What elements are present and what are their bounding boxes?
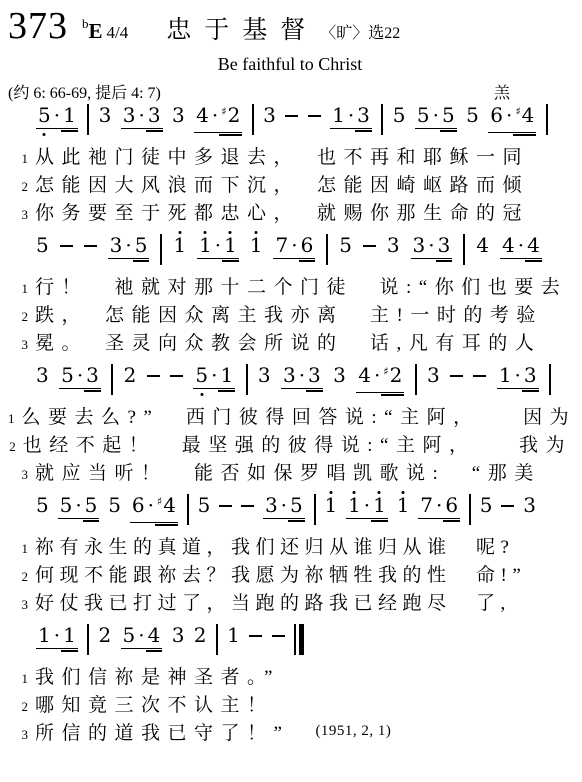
barline [381,104,383,135]
final-barline-thick [299,624,304,655]
duration-dash [241,505,254,507]
music-note: 1 [324,494,337,516]
music-note: 6 [301,234,314,256]
music-note: 6 [445,494,458,516]
verse-number: 2 [8,697,28,717]
music-note: 5 [123,624,136,646]
augmentation-dot: · [212,104,218,126]
verse-number: 3 [8,725,28,745]
duration-dash [219,505,232,507]
duration-dash [170,375,183,377]
augmentation-dot: · [506,104,512,126]
beamed-note-pair: 5·5 [58,494,100,519]
lyric-text: 祢有永生的真道，我们还归从谁归从谁 呢? [35,532,514,559]
lyrics-group: 1从此祂门徒中多退去， 也不再和耶稣一同2怎能因大风浪而下沉， 怎能因崎岖路而倾… [8,141,572,225]
key-signature: bE4/4 [82,16,128,44]
final-barline-thin [294,624,296,655]
music-note: 5 [290,494,303,516]
augmentation-dot: · [291,234,297,256]
scripture-reference: (约 6: 66-69, 提后 4: 7) [8,80,161,103]
augmentation-dot: · [148,494,154,516]
music-note: 5 [36,234,49,256]
verse-number: 3 [8,595,28,615]
augmentation-dot: · [138,624,144,646]
lyric-row: 2怎能因大风浪而下沉， 怎能因崎岖路而倾 [8,169,572,197]
barline [111,364,113,395]
key-letter: E [89,19,103,43]
music-note: ♯4 [515,104,534,130]
verse-number: 1 [8,409,15,429]
duration-dash [285,115,298,117]
music-note: 3 [333,364,346,386]
lyric-row: 2跌， 怎能因众离主我亦离 主!一时的考验 [8,299,572,327]
lyric-text: 就应当听！ 能否如保罗唱凯歌说: “那美 [35,458,541,485]
music-note: 3 [265,494,278,516]
lyric-row: 3就应当听！ 能否如保罗唱凯歌说: “那美 [8,457,572,485]
sharp-icon: ♯ [157,491,162,513]
notation-line: 55·556·♯453·511·117·653 [36,494,536,531]
verse-number: 2 [8,177,28,197]
augmentation-dot: · [374,364,380,386]
barline [415,364,417,395]
beamed-note-pair: 7·6 [273,234,315,259]
music-note: 5 [135,234,148,256]
beamed-note-pair: 3·3 [121,104,163,129]
barline [326,234,328,265]
lyric-text: 哪知竟三次不认主！ [35,690,274,717]
hymn-number: 373 [8,6,68,46]
verse-number: 2 [8,567,28,587]
hymn-subtitle-english: Be faithful to Christ [8,54,572,80]
lyric-row: 2何现不能跟祢去？我愿为祢牺牲我的性 命!” [8,559,572,587]
lyric-text: 何现不能跟祢去？我愿为祢牺牲我的性 命!” [35,560,526,587]
music-note: 3 [523,494,536,516]
barline [463,234,465,265]
augmentation-dot: · [281,494,287,516]
music-note: 3 [258,364,271,386]
music-note: 5 [442,104,455,126]
beamed-note-pair: 5·1 [193,364,235,389]
beamed-note-pair: 3·3 [281,364,323,389]
lyric-row: 1祢有永生的真道，我们还归从谁归从谁 呢? [8,531,572,559]
music-note: 1 [63,624,76,646]
music-note: 1 [332,104,345,126]
lyrics-group: 1么要去么?” 西门彼得回答说:“主阿， 因为2也经不起！ 最坚强的彼得说:“主… [8,401,572,485]
music-note: 5 [36,494,49,516]
augmentation-dot: · [211,364,217,386]
beamed-note-pair: 5·4 [121,624,163,649]
beamed-note-pair: 1·1 [197,234,239,259]
lyric-row: 1从此祂门徒中多退去， 也不再和耶稣一同 [8,141,572,169]
system-1: 5·133·334·♯231·355·556·♯4 1从此祂门徒中多退去， 也不… [8,104,572,225]
augmentation-dot: · [364,494,370,516]
music-note: 1 [499,364,512,386]
music-note: ♯2 [383,364,402,390]
music-note: 5 [466,104,479,126]
augmentation-dot: · [215,234,221,256]
music-note: 3 [427,364,440,386]
barline [216,624,218,655]
beamed-note-pair: 1·1 [346,494,388,519]
augmentation-dot: · [518,234,524,256]
barline [314,494,316,525]
music-note: 5 [61,364,74,386]
beamed-note-pair: 4·4 [500,234,542,259]
lyric-text: 怎能因大风浪而下沉， 怎能因崎岖路而倾 [35,170,529,197]
music-note: 1 [348,494,361,516]
notation-line: 5·133·334·♯231·355·556·♯4 [36,104,548,141]
barline [87,104,89,135]
music-note: 3 [36,364,49,386]
beamed-note-pair: 4·♯2 [356,364,404,393]
music-note: 1 [199,234,212,256]
verse-number: 1 [8,669,28,689]
augmentation-dot: · [436,494,442,516]
lyric-text: 么要去么?” 西门彼得回答说:“主阿， 因为 [22,402,577,429]
music-note: 3 [387,234,400,256]
barline [87,624,89,655]
music-note: 4 [527,234,540,256]
system-3: 35·325·133·334·♯231·3 1么要去么?” 西门彼得回答说:“主… [8,364,572,485]
lyric-text: 从此祂门徒中多退去， 也不再和耶稣一同 [35,142,529,169]
augmentation-dot: · [77,364,83,386]
music-note: 1 [373,494,386,516]
verse-number: 3 [8,335,28,355]
final-barline [294,624,304,655]
music-note: ♯4 [157,494,176,520]
music-note: 5 [339,234,352,256]
duration-dash [84,245,97,247]
lyric-row: 3所信的道我已守了！”(1951, 2, 1) [8,717,572,745]
music-note: 6 [490,104,503,126]
music-note: 5 [417,104,430,126]
verse-number: 1 [8,539,28,559]
beamed-note-pair: 5·1 [36,104,78,129]
augmentation-dot: · [54,624,60,646]
beamed-note-pair: 5·3 [59,364,101,389]
beamed-note-pair: 3·3 [411,234,453,259]
system-5: 1·125·4321 1我们信祢是神圣者。”2哪知竟三次不认主！3所信的道我已守… [8,624,572,745]
music-note: 3 [283,364,296,386]
duration-dash [60,245,73,247]
music-note: 1 [63,104,76,126]
lyric-row: 2哪知竟三次不认主！ [8,689,572,717]
barline [252,104,254,135]
music-note: 1 [173,234,186,256]
duration-dash [308,115,321,117]
lyric-text: 跌， 怎能因众离主我亦离 主!一时的考验 [35,300,543,327]
music-note: 3 [148,104,161,126]
augmentation-dot: · [125,234,131,256]
duration-dash [363,245,376,247]
music-note: ♯2 [221,104,240,130]
duration-dash [501,505,514,507]
music-note: 5 [198,494,211,516]
augmentation-dot: · [54,104,60,126]
augmentation-dot: · [75,494,81,516]
lyric-row: 1么要去么?” 西门彼得回答说:“主阿， 因为 [8,401,572,429]
lyric-text: 冕。 圣灵向众教会所说的 话,凡有耳的人 [35,328,541,355]
hymn-sheet: 373 bE4/4 忠于基督 〈旷〉选22 Be faithful to Chr… [0,0,582,745]
barline [187,494,189,525]
lyric-row: 1行！ 祂就对那十二个门徒 说:“你们也要去 [8,271,572,299]
beamed-note-pair: 1·3 [497,364,539,389]
music-note: 3 [438,234,451,256]
music-note: 3 [86,364,99,386]
verse-number: 3 [8,205,28,225]
sharp-icon: ♯ [515,101,520,123]
augmentation-dot: · [348,104,354,126]
music-note: 4 [196,104,209,126]
notation-line: 35·325·133·334·♯231·3 [36,364,551,401]
music-note: 1 [250,234,263,256]
duration-dash [249,635,262,637]
music-note: 3 [99,104,112,126]
scripture-row: (约 6: 66-69, 提后 4: 7) 羔 [8,80,572,104]
music-note: 3 [123,104,136,126]
lyric-row: 3你务要至于死都忠心， 就赐你那生命的冠 [8,197,572,225]
duration-dash [473,375,486,377]
music-note: 4 [502,234,515,256]
music-note: 1 [397,494,410,516]
lyric-text: 好仗我已打过了，当跑的路我已经跑尽 了, [35,588,511,615]
verse-number: 2 [8,437,16,457]
notation-line: 53·511·117·6533·344·4 [36,234,542,271]
music-note: 7 [275,234,288,256]
augmentation-dot: · [515,364,521,386]
lyric-text: 你务要至于死都忠心， 就赐你那生命的冠 [35,198,529,225]
music-note: 2 [194,624,207,646]
music-note: 5 [60,494,73,516]
beamed-note-pair: 4·♯2 [194,104,242,133]
music-note: 1 [220,364,233,386]
music-note: 4 [358,364,371,386]
lyric-text: 也经不起！ 最坚强的彼得说:“主阿， 我为 [23,430,572,457]
lyric-text: 所信的道我已守了！” [35,718,289,745]
duration-dash [272,635,285,637]
category-mark: 羔 [494,80,510,103]
verse-number: 2 [8,307,28,327]
barline [246,364,248,395]
music-note: 5 [195,364,208,386]
music-note: 7 [420,494,433,516]
lyric-row: 2也经不起！ 最坚强的彼得说:“主阿， 我为 [8,429,572,457]
beamed-note-pair: 6·♯4 [130,494,178,523]
music-note: 3 [263,104,276,126]
beamed-note-pair: 7·6 [418,494,460,519]
beamed-note-pair: 1·1 [36,624,78,649]
augmentation-dot: · [433,104,439,126]
music-note: 3 [172,624,185,646]
verse-number: 3 [8,465,28,485]
music-note: 5 [108,494,121,516]
music-note: 3 [413,234,426,256]
verse-number: 1 [8,279,28,299]
duration-dash [147,375,160,377]
barline [546,104,548,135]
lyric-text: 行！ 祂就对那十二个门徒 说:“你们也要去 [35,272,567,299]
lyrics-group: 1我们信祢是神圣者。”2哪知竟三次不认主！3所信的道我已守了！”(1951, 2… [8,661,572,745]
lyrics-group: 1祢有永生的真道，我们还归从谁归从谁 呢?2何现不能跟祢去？我愿为祢牺牲我的性 … [8,531,572,615]
beamed-note-pair: 1·3 [330,104,372,129]
sharp-icon: ♯ [221,101,226,123]
hymn-title: 忠于基督 [166,10,318,46]
header: 373 bE4/4 忠于基督 〈旷〉选22 [8,6,572,52]
music-note: 1 [227,624,240,646]
duration-dash [450,375,463,377]
music-note: 3 [172,104,185,126]
music-note: 5 [38,104,51,126]
music-note: 2 [98,624,111,646]
barline [549,364,551,395]
augmentation-dot: · [428,234,434,256]
beamed-note-pair: 3·5 [263,494,305,519]
music-note: 5 [85,494,98,516]
music-note: 5 [480,494,493,516]
verse-number: 1 [8,149,28,169]
beamed-note-pair: 6·♯4 [488,104,536,133]
lyric-row: 3好仗我已打过了，当跑的路我已经跑尽 了, [8,587,572,615]
time-signature: 4/4 [107,23,129,42]
music-note: 6 [132,494,145,516]
system-4: 55·556·♯453·511·117·653 1祢有永生的真道，我们还归从谁归… [8,494,572,615]
lyric-row: 3冕。 圣灵向众教会所说的 话,凡有耳的人 [8,327,572,355]
notation-line: 1·125·4321 [36,624,304,661]
beamed-note-pair: 5·5 [415,104,457,129]
music-note: 4 [476,234,489,256]
music-note: 3 [524,364,537,386]
music-note: 3 [308,364,321,386]
lyric-text: 我们信祢是神圣者。” [35,662,280,689]
augmentation-dot: · [299,364,305,386]
music-note: 2 [124,364,137,386]
music-note: 3 [357,104,370,126]
music-note: 1 [38,624,51,646]
beamed-note-pair: 3·5 [108,234,150,259]
barline [469,494,471,525]
barline [160,234,162,265]
music-note: 4 [148,624,161,646]
lyrics-group: 1行！ 祂就对那十二个门徒 说:“你们也要去2跌， 怎能因众离主我亦离 主!一时… [8,271,572,355]
tune-reference: 〈旷〉选22 [320,20,400,43]
music-note: 3 [110,234,123,256]
music-note: 1 [224,234,237,256]
source-note: (1951, 2, 1) [315,723,391,740]
augmentation-dot: · [139,104,145,126]
sharp-icon: ♯ [383,361,388,383]
music-note: 5 [393,104,406,126]
lyric-row: 1我们信祢是神圣者。” [8,661,572,689]
system-2: 53·511·117·6533·344·4 1行！ 祂就对那十二个门徒 说:“你… [8,234,572,355]
